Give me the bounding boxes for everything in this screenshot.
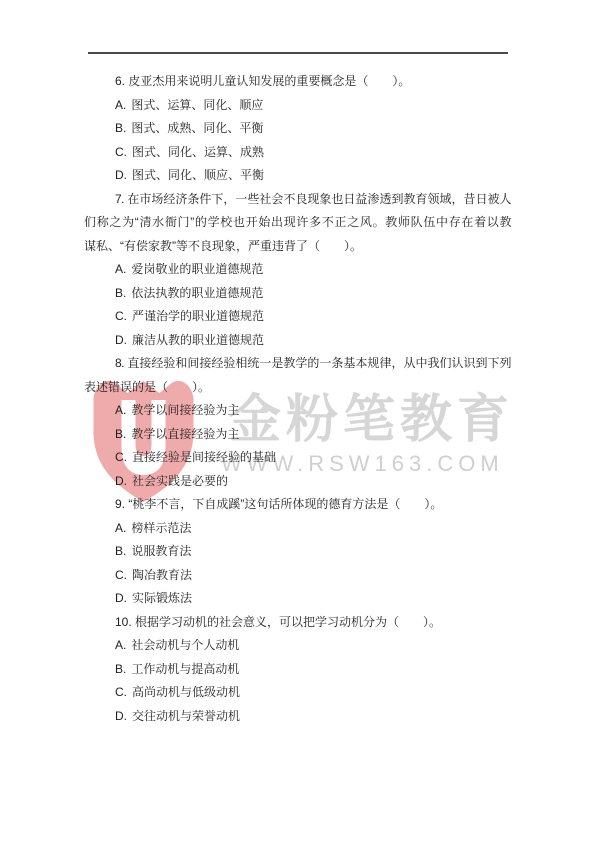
option-label: C. <box>115 568 127 582</box>
option-label: C. <box>115 450 127 464</box>
option-text: 依法执教的职业道德规范 <box>131 286 263 300</box>
option-label: D. <box>115 709 127 723</box>
question-8-option-c: C.直接经验是间接经验的基础 <box>84 446 511 470</box>
option-text: 工作动机与提高动机 <box>131 662 239 676</box>
question-9-option-b: B.说服教育法 <box>84 540 511 564</box>
question-6-option-a: A.图式、运算、同化、顺应 <box>84 94 511 118</box>
question-7-option-c: C.严谨治学的职业道德规范 <box>84 305 511 329</box>
option-text: 图式、同化、顺应、平衡 <box>132 168 264 182</box>
option-label: D. <box>115 474 127 488</box>
option-label: B. <box>115 544 126 558</box>
option-text: 图式、同化、运算、成熟 <box>132 145 264 159</box>
option-text: 直接经验是间接经验的基础 <box>132 450 276 464</box>
exam-paper-page: 金粉笔教育 WWW.RSW163.COM 6. 皮亚杰用来说明儿童认知发展的重要… <box>0 0 600 848</box>
option-label: C. <box>115 145 127 159</box>
option-text: 社会实践是必要的 <box>132 474 228 488</box>
option-label: A. <box>115 521 126 535</box>
option-label: A. <box>115 638 126 652</box>
option-text: 图式、运算、同化、顺应 <box>131 98 263 112</box>
question-7-option-b: B.依法执教的职业道德规范 <box>84 282 511 306</box>
option-text: 交往动机与荣誉动机 <box>132 709 240 723</box>
question-9-option-c: C.陶冶教育法 <box>84 564 511 588</box>
option-label: B. <box>115 427 126 441</box>
option-text: 高尚动机与低级动机 <box>132 685 240 699</box>
question-7-stem-line-1: 7. 在市场经济条件下，一些社会不良现象也日益渗透到教育领域，昔日被人 <box>84 188 511 212</box>
question-6-option-b: B.图式、成熟、同化、平衡 <box>84 117 511 141</box>
option-text: 陶冶教育法 <box>132 568 192 582</box>
option-label: A. <box>115 98 126 112</box>
option-text: 榜样示范法 <box>131 521 191 535</box>
option-text: 教学以间接经验为主 <box>131 403 239 417</box>
exam-body: 6. 皮亚杰用来说明儿童认知发展的重要概念是（ ）。 A.图式、运算、同化、顺应… <box>84 70 511 728</box>
option-text: 廉洁从教的职业道德规范 <box>132 333 264 347</box>
option-label: B. <box>115 286 126 300</box>
question-8-option-b: B.教学以直接经验为主 <box>84 423 511 447</box>
question-8: 8. 直接经验和间接经验相统一是教学的一条基本规律，从中我们认识到下列 表述错误… <box>84 352 511 493</box>
question-8-option-a: A.教学以间接经验为主 <box>84 399 511 423</box>
option-label: B. <box>115 662 126 676</box>
question-7-option-a: A.爱岗敬业的职业道德规范 <box>84 258 511 282</box>
question-10-option-c: C.高尚动机与低级动机 <box>84 681 511 705</box>
option-text: 图式、成熟、同化、平衡 <box>131 121 263 135</box>
option-label: D. <box>115 168 127 182</box>
question-9-option-d: D.实际锻炼法 <box>84 587 511 611</box>
option-label: C. <box>115 309 127 323</box>
option-label: A. <box>115 403 126 417</box>
question-10-option-d: D.交往动机与荣誉动机 <box>84 705 511 729</box>
top-divider <box>88 52 508 54</box>
question-8-stem-line-2: 表述错误的是（ ）。 <box>84 376 511 400</box>
question-6-option-c: C.图式、同化、运算、成熟 <box>84 141 511 165</box>
option-text: 爱岗敬业的职业道德规范 <box>131 262 263 276</box>
question-9-stem: 9. “桃李不言，下自成蹊”这句话所体现的德育方法是（ ）。 <box>84 493 511 517</box>
option-text: 说服教育法 <box>131 544 191 558</box>
option-label: A. <box>115 262 126 276</box>
question-8-stem-line-1: 8. 直接经验和间接经验相统一是教学的一条基本规律，从中我们认识到下列 <box>84 352 511 376</box>
question-10-option-b: B.工作动机与提高动机 <box>84 658 511 682</box>
question-9: 9. “桃李不言，下自成蹊”这句话所体现的德育方法是（ ）。 A.榜样示范法 B… <box>84 493 511 611</box>
question-6-stem: 6. 皮亚杰用来说明儿童认知发展的重要概念是（ ）。 <box>84 70 511 94</box>
question-7: 7. 在市场经济条件下，一些社会不良现象也日益渗透到教育领域，昔日被人 们称之为… <box>84 188 511 353</box>
option-label: D. <box>115 591 127 605</box>
option-text: 教学以直接经验为主 <box>131 427 239 441</box>
option-label: B. <box>115 121 126 135</box>
option-text: 实际锻炼法 <box>132 591 192 605</box>
question-10-stem: 10. 根据学习动机的社会意义，可以把学习动机分为（ ）。 <box>84 611 511 635</box>
option-text: 严谨治学的职业道德规范 <box>132 309 264 323</box>
option-label: D. <box>115 333 127 347</box>
question-7-option-d: D.廉洁从教的职业道德规范 <box>84 329 511 353</box>
question-10: 10. 根据学习动机的社会意义，可以把学习动机分为（ ）。 A.社会动机与个人动… <box>84 611 511 729</box>
option-label: C. <box>115 685 127 699</box>
question-9-option-a: A.榜样示范法 <box>84 517 511 541</box>
question-6: 6. 皮亚杰用来说明儿童认知发展的重要概念是（ ）。 A.图式、运算、同化、顺应… <box>84 70 511 188</box>
option-text: 社会动机与个人动机 <box>131 638 239 652</box>
question-10-option-a: A.社会动机与个人动机 <box>84 634 511 658</box>
question-7-stem-line-3: 谋私、“有偿家教”等不良现象，严重违背了（ ）。 <box>84 235 511 259</box>
question-8-option-d: D.社会实践是必要的 <box>84 470 511 494</box>
question-7-stem-line-2: 们称之为“清水衙门”的学校也开始出现许多不正之风。教师队伍中存在着以教 <box>84 211 511 235</box>
question-6-option-d: D.图式、同化、顺应、平衡 <box>84 164 511 188</box>
